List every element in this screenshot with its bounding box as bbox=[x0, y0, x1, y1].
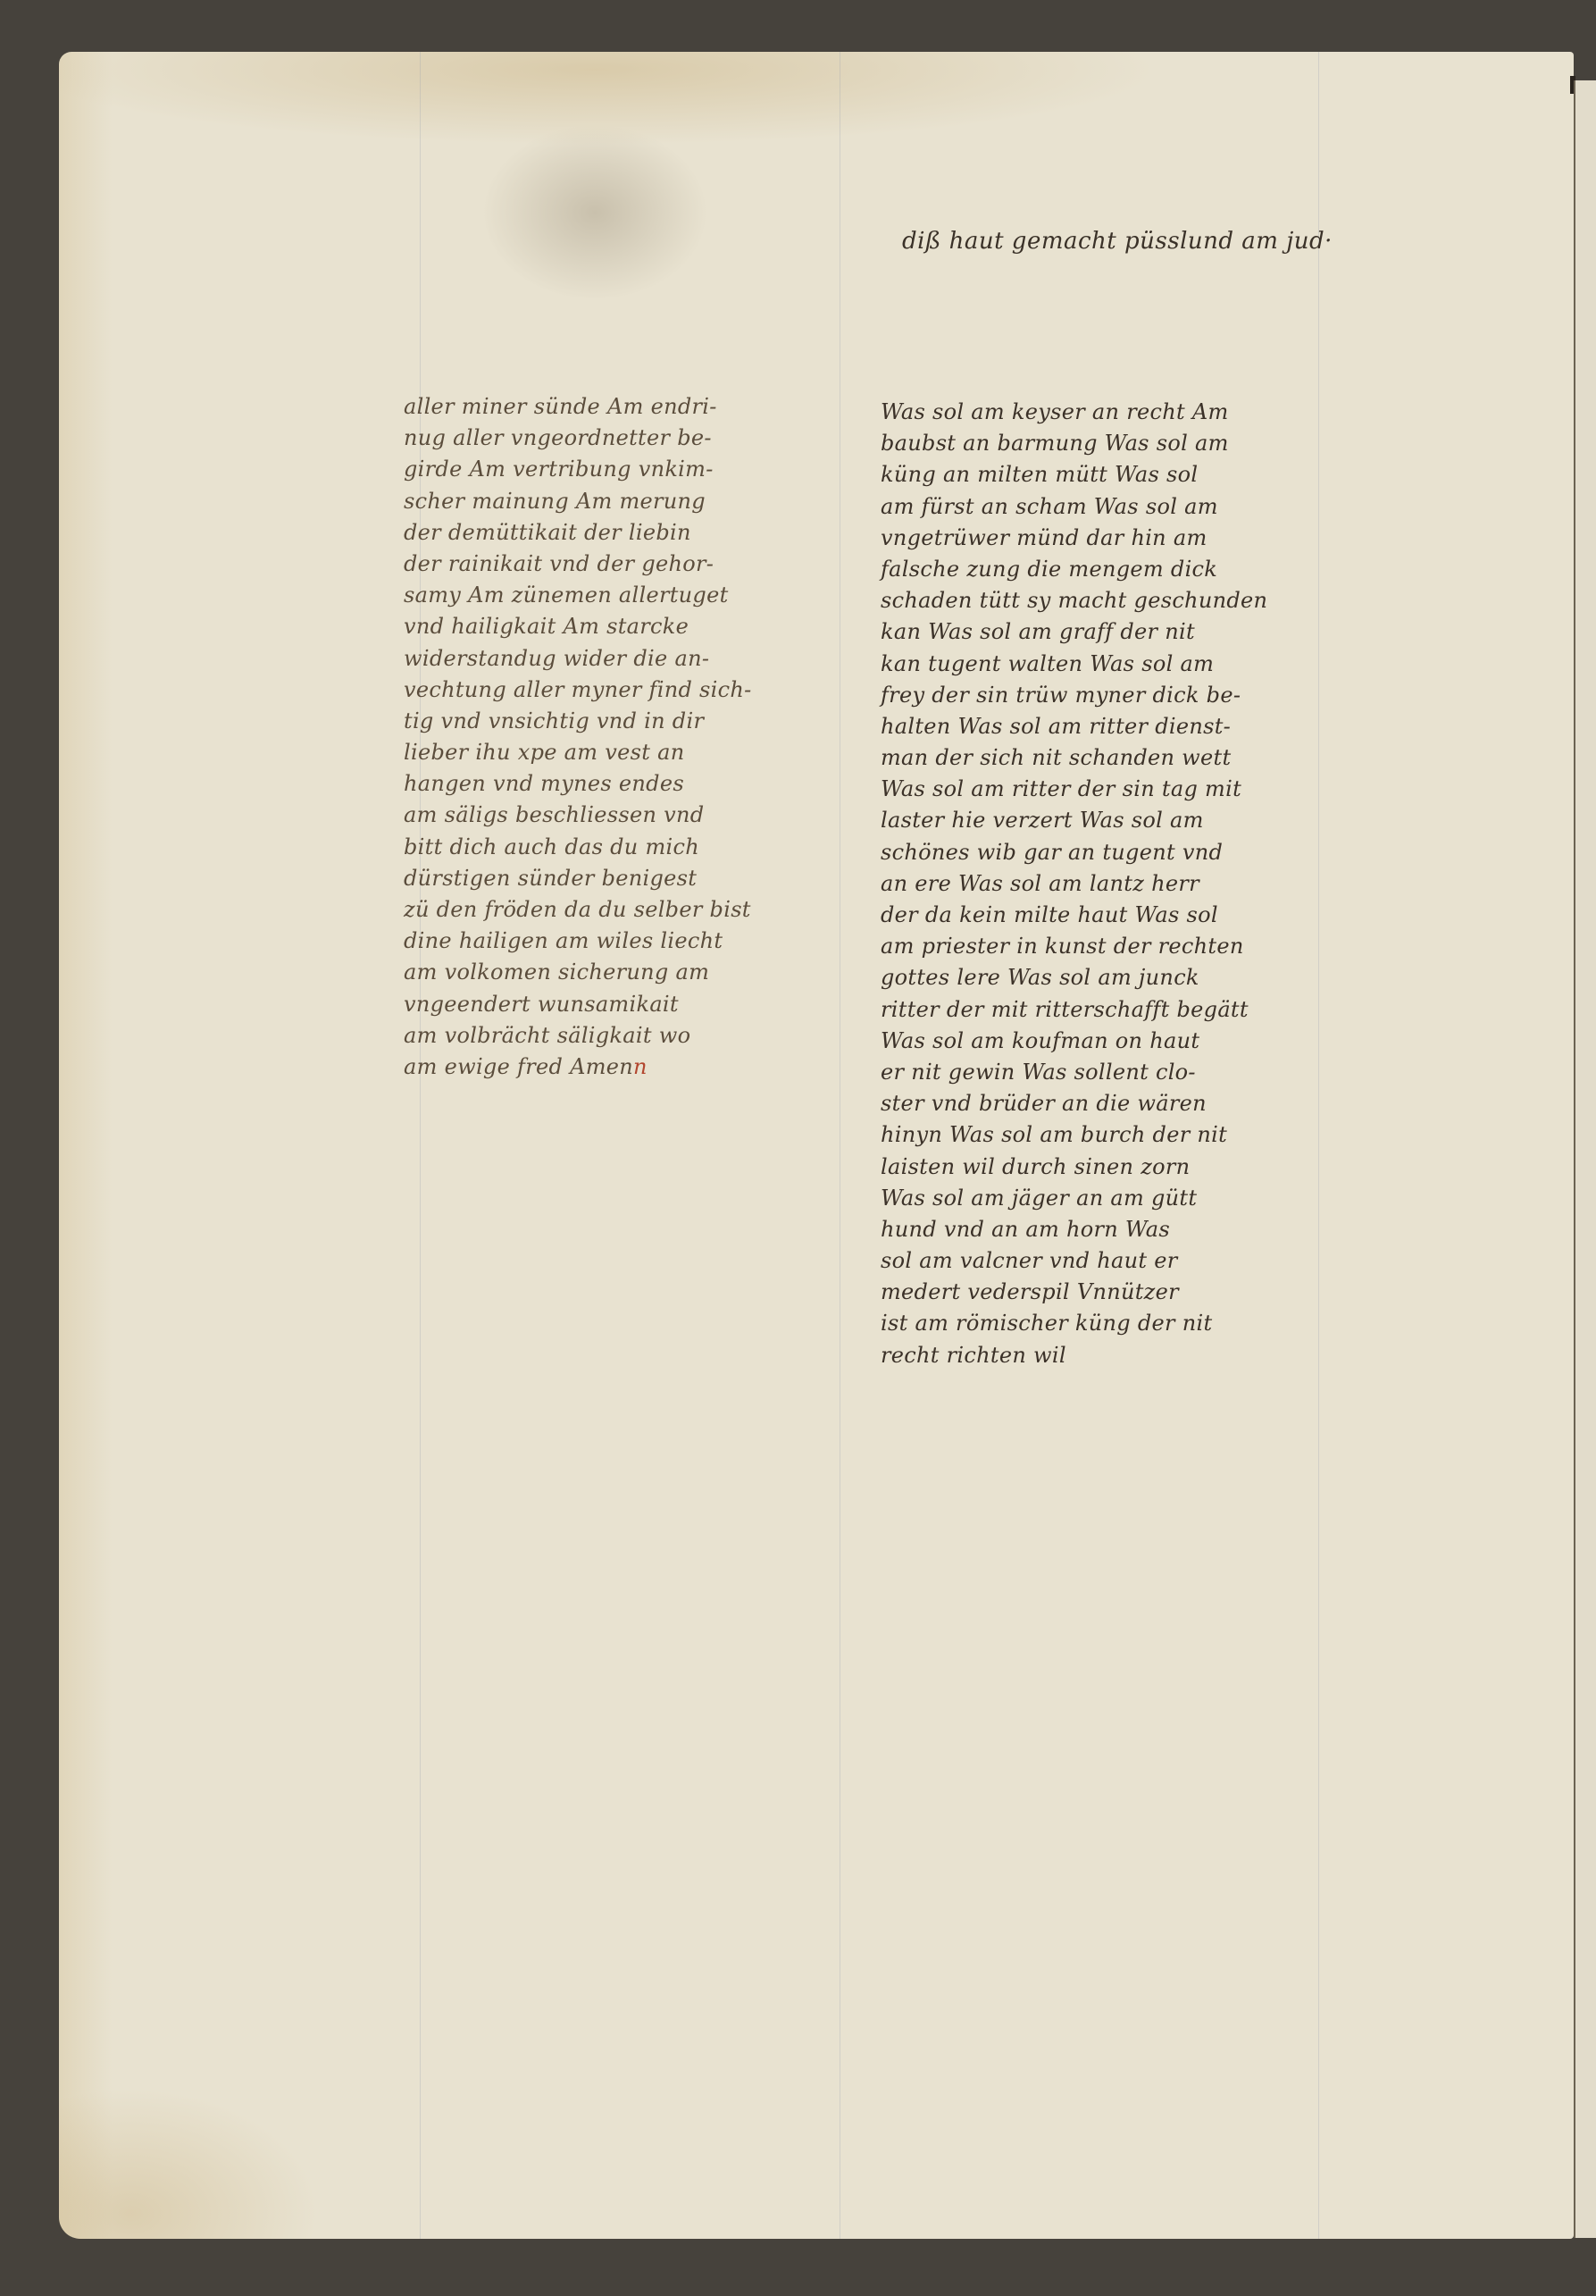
text-line: ist am römischer küng der nit bbox=[881, 1308, 1327, 1339]
text-line: Was sol am keyser an recht Am bbox=[881, 397, 1327, 428]
text-line: aller miner sünde Am endri- bbox=[404, 391, 823, 423]
text-line: ster vnd brüder an die wären bbox=[881, 1088, 1327, 1119]
text-line: Was sol am jäger an am gütt bbox=[881, 1183, 1327, 1214]
text-line: frey der sin trüw myner dick be- bbox=[881, 680, 1327, 711]
text-line: Was sol am koufman on haut bbox=[881, 1026, 1327, 1057]
text-line: schaden tütt sy macht geschunden bbox=[881, 585, 1327, 616]
running-header: diß haut gemacht püsslund am jud· bbox=[902, 228, 1366, 255]
text-line: am fürst an scham Was sol am bbox=[881, 491, 1327, 523]
text-line: Was sol am ritter der sin tag mit bbox=[881, 774, 1327, 805]
text-line: hangen vnd mynes endes bbox=[404, 768, 823, 800]
text-line: bitt dich auch das du mich bbox=[404, 832, 823, 863]
text-line: nug aller vngeordnetter be- bbox=[404, 423, 823, 454]
text-line: man der sich nit schanden wett bbox=[881, 742, 1327, 774]
text-line-final: am ewige fred Amenn bbox=[404, 1052, 823, 1083]
text-line: recht richten wil bbox=[881, 1340, 1327, 1371]
text-line: laster hie verzert Was sol am bbox=[881, 805, 1327, 836]
rubric-flourish: n bbox=[633, 1054, 648, 1079]
text-line: der demüttikait der liebin bbox=[404, 517, 823, 549]
text-line: am ewige fred Amen bbox=[404, 1054, 633, 1079]
text-line: küng an milten mütt Was sol bbox=[881, 459, 1327, 490]
text-line: dürstigen sünder benigest bbox=[404, 863, 823, 894]
text-line: baubst an barmung Was sol am bbox=[881, 428, 1327, 459]
text-line: der rainikait vnd der gehor- bbox=[404, 549, 823, 580]
left-text-column: aller miner sünde Am endri- nug aller vn… bbox=[404, 391, 823, 1083]
text-line: der da kein milte haut Was sol bbox=[881, 900, 1327, 931]
text-line: vngetrüwer münd dar hin am bbox=[881, 523, 1327, 554]
right-text-column: Was sol am keyser an recht Am baubst an … bbox=[881, 397, 1327, 1371]
text-line: an ere Was sol am lantz herr bbox=[881, 868, 1327, 900]
text-line: samy Am zünemen allertuget bbox=[404, 580, 823, 611]
text-line: kan Was sol am graff der nit bbox=[881, 616, 1327, 648]
text-line: girde Am vertribung vnkim- bbox=[404, 454, 823, 485]
text-line: medert vederspil Vnnützer bbox=[881, 1277, 1327, 1308]
text-line: tig vnd vnsichtig vnd in dir bbox=[404, 706, 823, 737]
text-line: ritter der mit ritterschafft begätt bbox=[881, 994, 1327, 1026]
text-line: vechtung aller myner find sich- bbox=[404, 675, 823, 706]
text-line: gottes lere Was sol am junck bbox=[881, 962, 1327, 993]
text-line: vnd hailigkait Am starcke bbox=[404, 611, 823, 642]
text-line: am volkomen sicherung am bbox=[404, 957, 823, 988]
text-line: am säligs beschliessen vnd bbox=[404, 800, 823, 831]
text-line: am priester in kunst der rechten bbox=[881, 931, 1327, 962]
text-line: lieber ihu xpe am vest an bbox=[404, 737, 823, 768]
text-line: kan tugent walten Was sol am bbox=[881, 649, 1327, 680]
text-line: laisten wil durch sinen zorn bbox=[881, 1152, 1327, 1183]
facing-page-edge bbox=[1574, 80, 1596, 2238]
text-line: sol am valcner vnd haut er bbox=[881, 1245, 1327, 1277]
ruling-line bbox=[420, 52, 421, 2239]
text-line: dine hailigen am wiles liecht bbox=[404, 926, 823, 957]
ruling-line bbox=[840, 52, 840, 2239]
text-line: am volbrächt säligkait wo bbox=[404, 1020, 823, 1052]
text-line: hund vnd an am horn Was bbox=[881, 1214, 1327, 1245]
text-line: hinyn Was sol am burch der nit bbox=[881, 1119, 1327, 1151]
text-line: vngeendert wunsamikait bbox=[404, 989, 823, 1020]
text-line: er nit gewin Was sollent clo- bbox=[881, 1057, 1327, 1088]
text-line: zü den fröden da du selber bist bbox=[404, 894, 823, 926]
text-line: schönes wib gar an tugent vnd bbox=[881, 837, 1327, 868]
text-line: scher mainung Am merung bbox=[404, 486, 823, 517]
text-line: falsche zung die mengem dick bbox=[881, 554, 1327, 585]
text-line: halten Was sol am ritter dienst- bbox=[881, 711, 1327, 742]
manuscript-page bbox=[59, 52, 1574, 2239]
text-line: widerstandug wider die an- bbox=[404, 643, 823, 675]
